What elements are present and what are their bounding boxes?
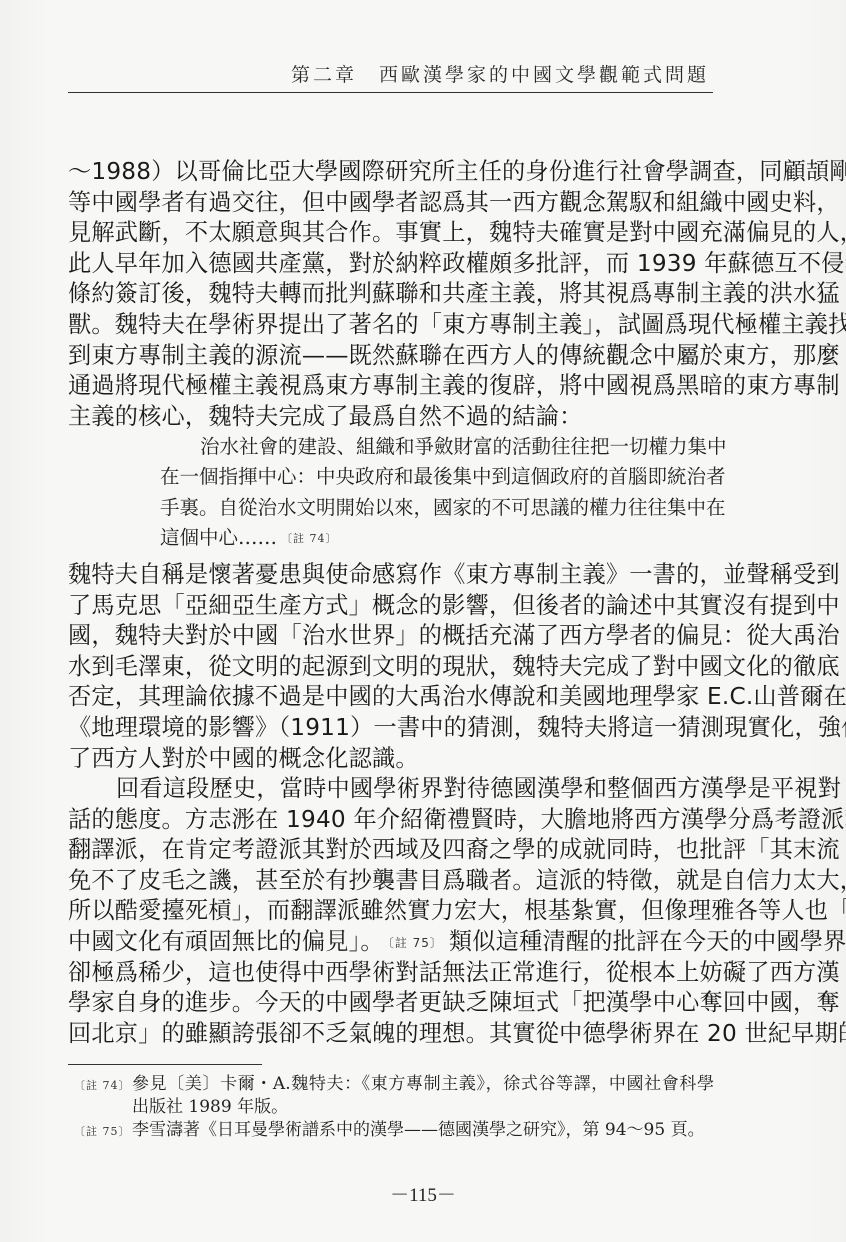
text-line: 卻極爲稀少，這也使得中西學術對話無法正常進行，從根本上妨礙了西方漢 [68,958,716,989]
footnote-text-line: 出版社 1989 年版。 [132,1096,714,1119]
footnote-ref-75[interactable]: 〔註 75〕 [388,936,443,950]
text-line: 通過將現代極權主義視爲東方專制主義的復辟，將中國視爲黑暗的東方專制 [68,371,716,402]
quote-text: 這個中心…… [160,526,277,549]
quote-line: 治水社會的建設、組織和爭斂財富的活動往往把一切權力集中 [160,432,688,462]
text-line: 此人早年加入德國共產黨，對於納粹政權頗多批評，而 1939 年蘇德互不侵犯 [68,249,716,280]
text-line: 國，魏特夫對於中國「治水世界」的概括充滿了西方學者的偏見：從大禹治 [68,621,716,652]
text-segment: 中國文化有頑固無比的偏見」。 [68,928,384,955]
text-line: 回看這段歷史，當時中國學術界對待德國漢學和整個西方漢學是平視對 [68,774,716,805]
footnote-text-line: 參見〔美〕卡爾・A.魏特夫：《東方專制主義》，徐式谷等譯，中國社會科學 [132,1073,714,1096]
text-line: 否定，其理論依據不過是中國的大禹治水傳說和美國地理學家 E.C.山普爾在 [68,682,716,713]
text-line: 了馬克思「亞細亞生產方式」概念的影響，但後者的論述中其實沒有提到中 [68,591,716,622]
footnote-text-line: 李雪濤著《日耳曼學術譜系中的漢學——德國漢學之研究》，第 94～95 頁。 [132,1119,714,1142]
text-line: 話的態度。方志浵在 1940 年介紹衛禮賢時，大膽地將西方漢學分爲考證派和 [68,805,716,836]
chapter-title: 西歐漢學家的中國文學觀範式問題 [379,64,709,86]
chapter-label: 第二章 [291,64,357,86]
quote-line: 手裏。自從治水文明開始以來，國家的不可思議的權力往往集中在 [160,493,688,523]
quote-line: 這個中心……〔註 74〕 [160,523,688,553]
block-quote: 治水社會的建設、組織和爭斂財富的活動往往把一切權力集中 在一個指揮中心：中央政府… [160,432,688,554]
text-line: 到東方專制主義的源流——既然蘇聯在西方人的傳統觀念中屬於東方，那麼 [68,341,716,372]
text-line: ～1988）以哥倫比亞大學國際研究所主任的身份進行社會學調查，同顧頡剛 [68,157,716,188]
text-segment: 類似這種清醒的批評在今天的中國學界 [449,928,846,955]
text-line: 見解武斷，不太願意與其合作。事實上，魏特夫確實是對中國充滿偏見的人， [68,218,716,249]
text-line-with-note: 中國文化有頑固無比的偏見」。〔註 75〕類似這種清醒的批評在今天的中國學界 [68,927,716,958]
footnote-74: 〔註 74〕 參見〔美〕卡爾・A.魏特夫：《東方專制主義》，徐式谷等譯，中國社會… [74,1073,714,1119]
text-line: 所以酷愛擡死槓」，而翻譯派雖然實力宏大，根基紮實，但像理雅各等人也「對 [68,896,716,927]
footnote-separator [68,1064,262,1065]
text-line: 回北京」的雖顯誇張卻不乏氣魄的理想。其實從中德學術界在 20 世紀早期的 [68,1019,716,1050]
footnotes: 〔註 74〕 參見〔美〕卡爾・A.魏特夫：《東方專制主義》，徐式谷等譯，中國社會… [74,1073,714,1142]
paragraph-1: ～1988）以哥倫比亞大學國際研究所主任的身份進行社會學調查，同顧頡剛 等中國學… [68,157,716,432]
text-line: 翻譯派，在肯定考證派其對於西域及四裔之學的成就同時，也批評「其末流 [68,835,716,866]
text-line: 條約簽訂後，魏特夫轉而批判蘇聯和共產主義，將其視爲專制主義的洪水猛 [68,279,716,310]
running-header: 第二章西歐漢學家的中國文學觀範式問題 [68,56,713,93]
text-line: 水到毛澤東，從文明的起源到文明的現狀，魏特夫完成了對中國文化的徹底 [68,652,716,683]
text-line: 等中國學者有過交往，但中國學者認爲其一西方觀念駕馭和組織中國史料， [68,188,716,219]
paragraph-3: 回看這段歷史，當時中國學術界對待德國漢學和整個西方漢學是平視對 話的態度。方志浵… [68,774,716,1049]
text-line: 免不了皮毛之譏，甚至於有抄襲書目爲職者。這派的特徵，就是自信力太大， [68,866,716,897]
paragraph-2: 魏特夫自稱是懷著憂患與使命感寫作《東方專制主義》一書的，並聲稱受到 了馬克思「亞… [68,560,716,774]
text-line: 學家自身的進步。今天的中國學者更缺乏陳垣式「把漢學中心奪回中國，奪 [68,988,716,1019]
running-header-text: 第二章西歐漢學家的中國文學觀範式問題 [291,60,709,87]
footnote-label: 〔註 75〕 [74,1120,131,1143]
page-number: －115－ [0,1180,846,1207]
text-line: 了西方人對於中國的概念化認識。 [68,744,716,775]
text-line: 獸。魏特夫在學術界提出了著名的「東方專制主義」，試圖爲現代極權主義找 [68,310,716,341]
footnote-label: 〔註 74〕 [74,1074,131,1097]
text-line: 魏特夫自稱是懷著憂患與使命感寫作《東方專制主義》一書的，並聲稱受到 [68,560,716,591]
footnote-ref-74[interactable]: 〔註 74〕 [281,532,338,545]
quote-line: 在一個指揮中心：中央政府和最後集中到這個政府的首腦即統治者 [160,462,688,492]
footnote-75: 〔註 75〕 李雪濤著《日耳曼學術譜系中的漢學——德國漢學之研究》，第 94～9… [74,1119,714,1142]
text-line: 主義的核心，魏特夫完成了最爲自然不過的結論： [68,402,716,433]
text-line: 《地理環境的影響》（1911）一書中的猜測，魏特夫將這一猜測現實化，強化 [68,713,716,744]
